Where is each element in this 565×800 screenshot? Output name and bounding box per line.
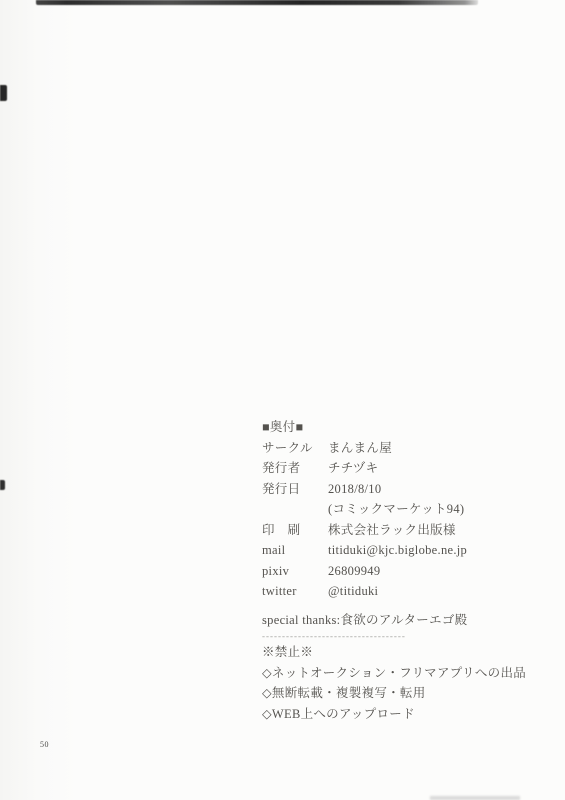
colophon-row-mail: mail titiduki@kjc.biglobe.ne.jp (262, 540, 532, 561)
twitter-handle: @titiduki (328, 581, 532, 602)
colophon-block: ■奥付■ サークル まんまん屋 発行者 チチヅキ 発行日 2018/8/10 (… (262, 417, 532, 724)
colophon-row-pixiv: pixiv 26809949 (262, 561, 532, 582)
row-label: pixiv (262, 561, 328, 582)
row-label: 発行者 (262, 458, 328, 479)
row-value: 2018/8/10 (328, 479, 532, 500)
colophon-row-circle: サークル まんまん屋 (262, 438, 532, 459)
prohibited-item-auction: ◇ネットオークション・フリマアプリへの出品 (262, 663, 532, 684)
mail-address: titiduki@kjc.biglobe.ne.jp (328, 540, 532, 561)
colophon-title: ■奥付■ (262, 417, 532, 438)
prohibition-title: ※禁止※ (262, 642, 532, 663)
scan-artifact-left-mark-lower (0, 480, 5, 490)
row-label: 発行日 (262, 479, 328, 500)
row-value: (コミックマーケット94) (328, 499, 532, 520)
row-label (262, 499, 328, 520)
scan-artifact-left-mark-upper (0, 85, 7, 101)
dashed-separator: ------------------------------------ (262, 630, 410, 642)
row-value: まんまん屋 (328, 438, 532, 459)
pixiv-id: 26809949 (328, 561, 532, 582)
row-value: チチヅキ (328, 458, 532, 479)
prohibited-item-web-upload: ◇WEB上へのアップロード (262, 704, 532, 725)
special-thanks: special thanks:食欲のアルターエゴ殿 (262, 610, 532, 631)
scan-artifact-top-bar (36, 0, 478, 5)
scanned-page: ■奥付■ サークル まんまん屋 発行者 チチヅキ 発行日 2018/8/10 (… (0, 0, 565, 800)
colophon-row-printer: 印 刷 株式会社ラック出版様 (262, 520, 532, 541)
row-label: mail (262, 540, 328, 561)
row-label: 印 刷 (262, 520, 328, 541)
scan-artifact-bottom-smudge (430, 796, 520, 800)
colophon-row-twitter: twitter @titiduki (262, 581, 532, 602)
row-label: サークル (262, 438, 328, 459)
row-value: 株式会社ラック出版様 (328, 520, 532, 541)
colophon-row-event: (コミックマーケット94) (262, 499, 532, 520)
colophon-row-publisher: 発行者 チチヅキ (262, 458, 532, 479)
page-number: 50 (40, 740, 49, 749)
row-label: twitter (262, 581, 328, 602)
colophon-row-issue-date: 発行日 2018/8/10 (262, 479, 532, 500)
prohibited-item-reproduction: ◇無断転載・複製複写・転用 (262, 683, 532, 704)
